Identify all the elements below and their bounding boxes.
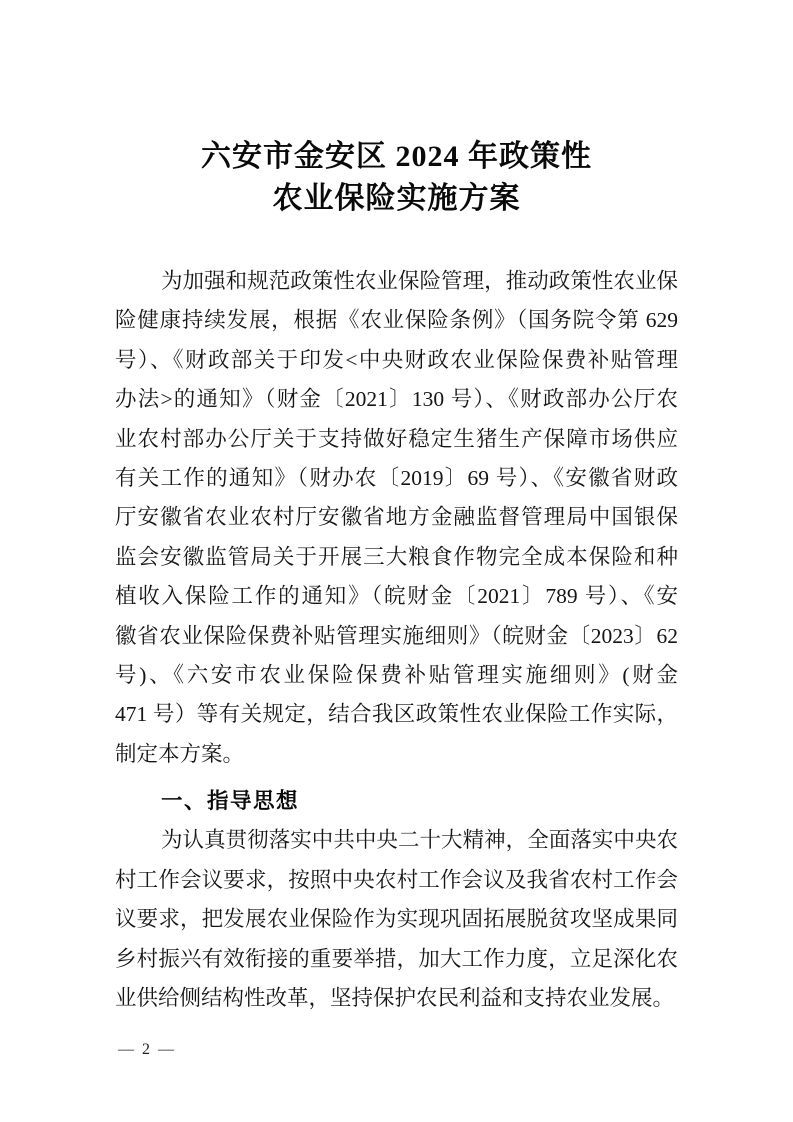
body-line: 471 号）等有关规定，结合我区政策性农业保险工作实际， (115, 695, 678, 734)
document-title-line-2: 农业保险实施方案 (0, 178, 793, 220)
body-line: 险健康持续发展，根据《农业保险条例》（国务院令第 629 (115, 301, 678, 340)
body-line: 村工作会议要求，按照中央农村工作会议及我省农村工作会 (115, 861, 678, 900)
body-line: 有关工作的通知》（财办农〔2019〕69 号）、《安徽省财政 (115, 459, 678, 498)
body-line: 徽省农业保险保费补贴管理实施细则》（皖财金〔2023〕62 (115, 617, 678, 656)
body-line: 为认真贯彻落实中共中央二十大精神，全面落实中央农 (115, 821, 678, 860)
body-line: 办法>的通知》（财金〔2021〕130 号）、《财政部办公厅农 (115, 380, 678, 419)
body-line: 监会安徽监管局关于开展三大粮食作物完全成本保险和种 (115, 538, 678, 577)
body-line: 植收入保险工作的通知》（皖财金〔2021〕789 号）、《安 (115, 577, 678, 616)
document-body: 为加强和规范政策性农业保险管理，推动政策性农业保 险健康持续发展，根据《农业保险… (115, 262, 678, 1018)
body-line: 制定本方案。 (115, 735, 678, 774)
page-number: — 2 — (118, 1040, 176, 1060)
body-line: 号)、《六安市农业保险保费补贴管理实施细则》(财金〔2023〕 (115, 656, 678, 695)
body-line: 议要求，把发展农业保险作为实现巩固拓展脱贫攻坚成果同 (115, 900, 678, 939)
body-line: 业农村部办公厅关于支持做好稳定生猪生产保障市场供应 (115, 420, 678, 459)
body-line: 号）、《财政部关于印发<中央财政农业保险保费补贴管理 (115, 341, 678, 380)
document-title-line-1: 六安市金安区 2024 年政策性 (0, 136, 793, 178)
body-line: 乡村振兴有效衔接的重要举措，加大工作力度，立足深化农 (115, 940, 678, 979)
document-title: 六安市金安区 2024 年政策性 农业保险实施方案 (0, 136, 793, 220)
body-line: 为加强和规范政策性农业保险管理，推动政策性农业保 (115, 262, 678, 301)
body-line: 厅安徽省农业农村厅安徽省地方金融监督管理局中国银保 (115, 498, 678, 537)
section-heading-guiding-ideology: 一、指导思想 (115, 782, 678, 821)
body-line: 业供给侧结构性改革，坚持保护农民利益和支持农业发展。 (115, 979, 678, 1018)
document-page: 六安市金安区 2024 年政策性 农业保险实施方案 为加强和规范政策性农业保险管… (0, 0, 793, 1122)
